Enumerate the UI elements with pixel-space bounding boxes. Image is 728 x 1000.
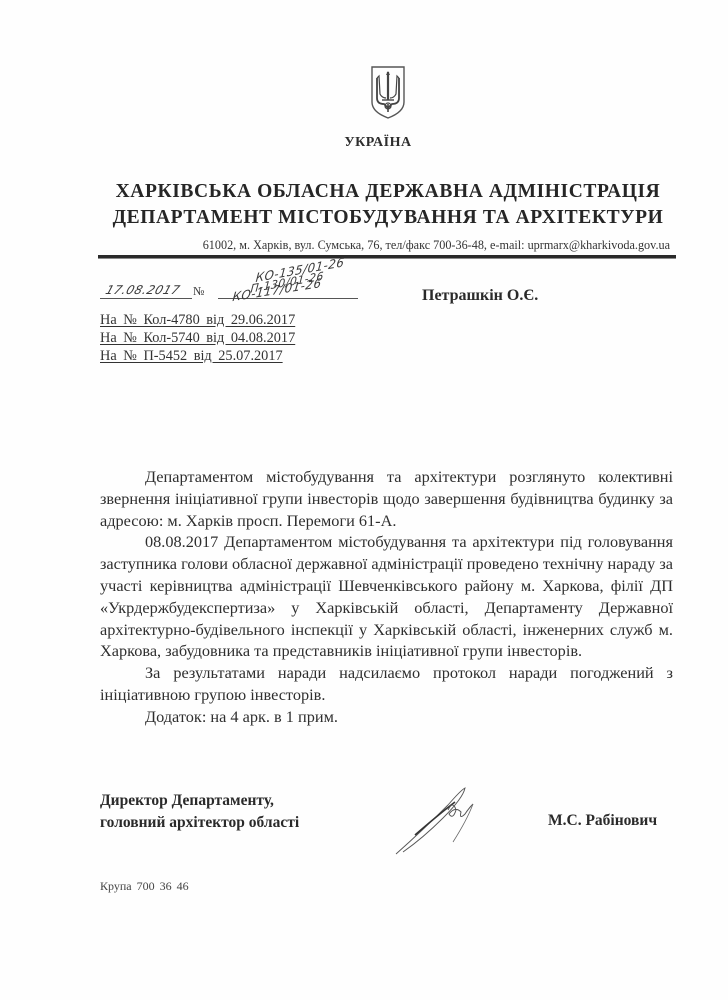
letter-body: Департаментом містобудування та архітект… bbox=[100, 466, 673, 728]
signer-name: М.С. Рабінович bbox=[548, 812, 657, 830]
signatory-title-line-2: головний архітектор області bbox=[100, 812, 299, 834]
reference-list: На № Кол-4780 від 29.06.2017 На № Кол-57… bbox=[100, 311, 295, 365]
registration-date: 17.08.2017 bbox=[104, 283, 182, 297]
attachment-note: Додаток: на 4 арк. в 1 прим. bbox=[100, 706, 673, 728]
handwritten-signature-icon bbox=[393, 780, 493, 860]
country-name: УКРАЇНА bbox=[0, 135, 728, 151]
registration-date-underline bbox=[100, 298, 192, 299]
trident-coat-of-arms-icon bbox=[368, 64, 408, 120]
department-name: ДЕПАРТАМЕНТ МІСТОБУДУВАННЯ ТА АРХІТЕКТУР… bbox=[100, 207, 676, 229]
signatory-title: Директор Департаменту, головний архітект… bbox=[100, 790, 299, 834]
organization-name: ХАРКІВСЬКА ОБЛАСНА ДЕРЖАВНА АДМІНІСТРАЦІ… bbox=[100, 181, 676, 203]
signatory-title-line-1: Директор Департаменту, bbox=[100, 790, 299, 812]
number-sign: № bbox=[193, 284, 205, 299]
reference-item: На № Кол-4780 від 29.06.2017 bbox=[100, 311, 295, 329]
addressee: Петрашкін О.Є. bbox=[422, 287, 538, 305]
letter-page: УКРАЇНА ХАРКІВСЬКА ОБЛАСНА ДЕРЖАВНА АДМІ… bbox=[0, 0, 728, 1000]
header-divider bbox=[98, 255, 676, 259]
reference-item: На № Кол-5740 від 04.08.2017 bbox=[100, 329, 295, 347]
organization-address: 61002, м. Харків, вул. Сумська, 76, тел/… bbox=[150, 238, 670, 253]
body-paragraph: 08.08.2017 Департаментом містобудування … bbox=[100, 531, 673, 662]
executor-contact: Крупа 700 36 46 bbox=[100, 879, 189, 894]
reference-item: На № П-5452 від 25.07.2017 bbox=[100, 347, 295, 365]
body-paragraph: Департаментом містобудування та архітект… bbox=[100, 466, 673, 531]
body-paragraph: За результатами наради надсилаємо проток… bbox=[100, 662, 673, 706]
